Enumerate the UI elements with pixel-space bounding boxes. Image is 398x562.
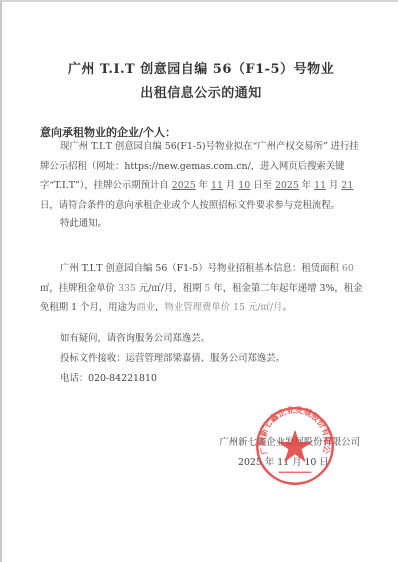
rental-price: 335 [118, 283, 136, 294]
inquiry-line: 如有疑问，请咨询服务公司郑逸芸。 [60, 330, 210, 344]
document-title-line1: 广州 T.I.T 创意园自编 56（F1-5）号物业 [2, 58, 398, 77]
phone-line: 电话：020-84221810 [60, 370, 157, 384]
document-title-line2: 出租信息公示的通知 [2, 82, 398, 101]
text: 月 [326, 180, 341, 191]
start-month: 11 [211, 180, 223, 191]
text: 。 [282, 302, 291, 313]
text: 广州 T.I.T 创意园自编 56（F1-5）号物业招租基本信息：租赁面积 [60, 263, 342, 274]
rental-use: 商业 [136, 302, 155, 313]
text: 年 [196, 180, 211, 191]
text: 元/㎡/月，租期 [136, 283, 205, 294]
end-month: 11 [314, 180, 326, 191]
text: ㎡，挂牌租金单价 [40, 283, 118, 294]
rental-area: 60 [342, 263, 354, 274]
management-fee: 物业管理费单价 15 元/㎡/月 [164, 302, 282, 313]
company-seal-icon: 广州新七鑫企业发展股份有限公司 [254, 405, 336, 487]
text: 年 [299, 180, 314, 191]
text: 月 [223, 180, 238, 191]
end-year: 2025 [275, 180, 299, 191]
end-day: 21 [341, 180, 353, 191]
document-page: 广州 T.I.T 创意园自编 56（F1-5）号物业 出租信息公示的通知 意向承… [0, 0, 398, 562]
bid-receipt-line: 投标文件接收：运营管理部梁嘉倩、服务公司郑逸芸。 [60, 350, 285, 364]
start-day: 10 [238, 180, 250, 191]
paragraph-notice-closing: 特此通知。 [40, 214, 364, 234]
paragraph-listing-info: 现广州 T.I.T 创意园自编 56(F1-5)号物业拟在“广州产权交易所” 进… [40, 137, 364, 215]
paragraph-rental-terms: 广州 T.I.T 创意园自编 56（F1-5）号物业招租基本信息：租赁面积 60… [40, 259, 364, 318]
text: 日，请符合条件的意向承租企业或个人按照招标文件要求参与竞租流程。 [40, 200, 340, 211]
text: 日至 [250, 180, 275, 191]
start-year: 2025 [172, 180, 196, 191]
